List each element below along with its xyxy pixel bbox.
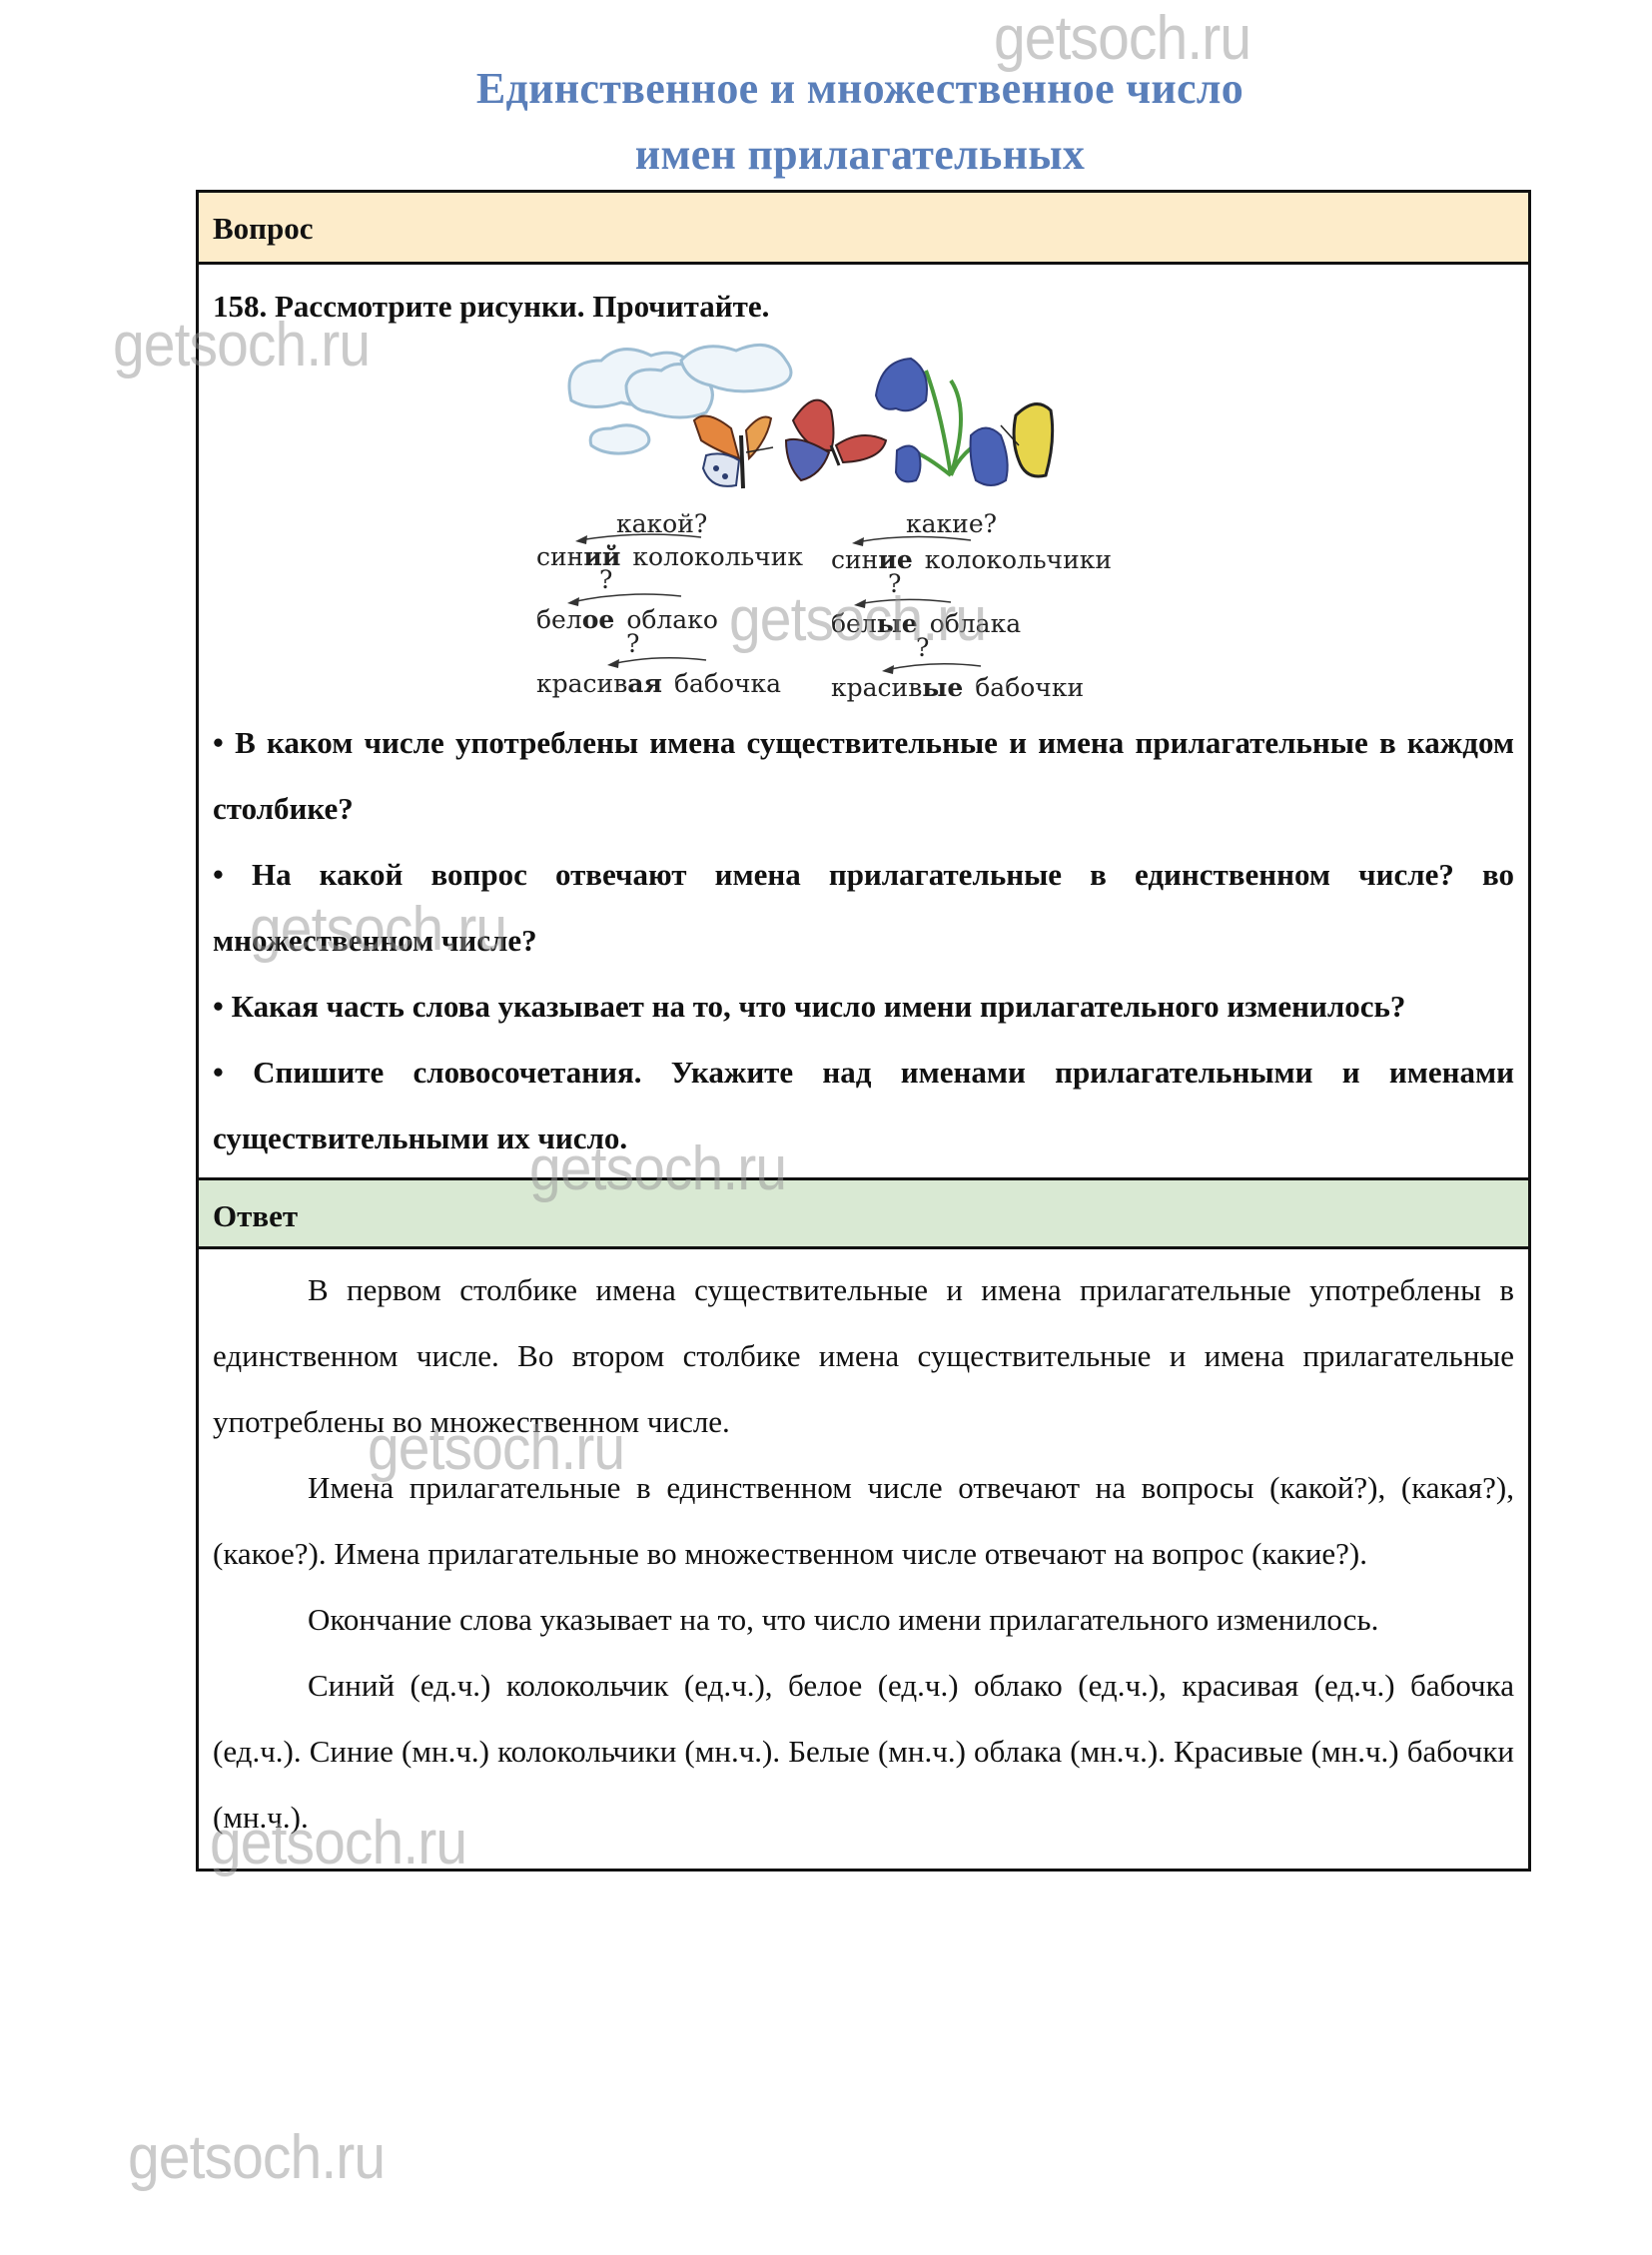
bullet-item: • Спишите словосочетания. Укажите над им… bbox=[213, 1040, 1514, 1171]
bluebell-flowers-icon bbox=[876, 359, 1008, 485]
answer-header: Ответ bbox=[199, 1177, 1528, 1249]
page-title-line-2: имен прилагательных bbox=[0, 122, 1652, 188]
right-column-phrases: какие? синиеколокольчики ? белыеоблака ? bbox=[831, 509, 1112, 702]
butterfly-icon bbox=[1001, 404, 1053, 476]
qa-table: Вопрос 158. Рассмотрите рисунки. Прочита… bbox=[196, 190, 1531, 1872]
butterfly-icon bbox=[786, 400, 886, 480]
bullet-item: • На какой вопрос отвечают имена прилага… bbox=[213, 842, 1514, 974]
page-title: Единственное и множественное число имен … bbox=[0, 56, 1652, 188]
question-mark: ? bbox=[599, 565, 612, 594]
bullet-item: • Какая часть слова указывает на то, что… bbox=[213, 974, 1514, 1040]
textbook-illustration: какой? синийколокольчик ? белоеоблако ? bbox=[531, 341, 1221, 706]
answer-paragraph: В первом столбике имена существительные … bbox=[213, 1257, 1514, 1455]
svg-text:синиеколокольчики: синиеколокольчики bbox=[831, 545, 1112, 574]
question-bullets: • В каком числе употреблены имена сущест… bbox=[213, 710, 1514, 1177]
svg-text:какие?: какие? bbox=[906, 509, 997, 538]
answer-body: В первом столбике имена существительные … bbox=[199, 1249, 1528, 1869]
bullet-item: • В каком числе употреблены имена сущест… bbox=[213, 710, 1514, 842]
question-body: 158. Рассмотрите рисунки. Прочитайте. bbox=[199, 265, 1528, 1177]
svg-text:красиваябабочка: красиваябабочка bbox=[536, 669, 781, 698]
question-header: Вопрос bbox=[199, 193, 1528, 265]
illustration-svg: какой? синийколокольчик ? белоеоблако ? bbox=[531, 341, 1221, 706]
answer-paragraph: Окончание слова указывает на то, что чис… bbox=[213, 1587, 1514, 1653]
svg-text:красивыебабочки: красивыебабочки bbox=[831, 673, 1084, 702]
noun: колокольчик bbox=[632, 542, 803, 571]
butterfly-icon bbox=[694, 416, 773, 489]
svg-text:?: ? bbox=[626, 629, 639, 658]
watermark: getsoch.ru bbox=[128, 2127, 385, 2189]
page-title-line-1: Единственное и множественное число bbox=[0, 56, 1652, 122]
answer-paragraph: Синий (ед.ч.) колокольчик (ед.ч.), белое… bbox=[213, 1653, 1514, 1851]
answer-paragraph: Имена прилагательные в единственном числ… bbox=[213, 1455, 1514, 1587]
svg-text:?: ? bbox=[916, 633, 929, 662]
svg-text:?: ? bbox=[888, 569, 901, 598]
svg-text:синийколокольчик: синийколокольчик bbox=[536, 542, 803, 571]
task-heading: 158. Рассмотрите рисунки. Прочитайте. bbox=[213, 265, 1514, 329]
adjective-stem: син bbox=[536, 542, 583, 571]
left-column-phrases: какой? синийколокольчик ? белоеоблако ? bbox=[536, 509, 803, 698]
